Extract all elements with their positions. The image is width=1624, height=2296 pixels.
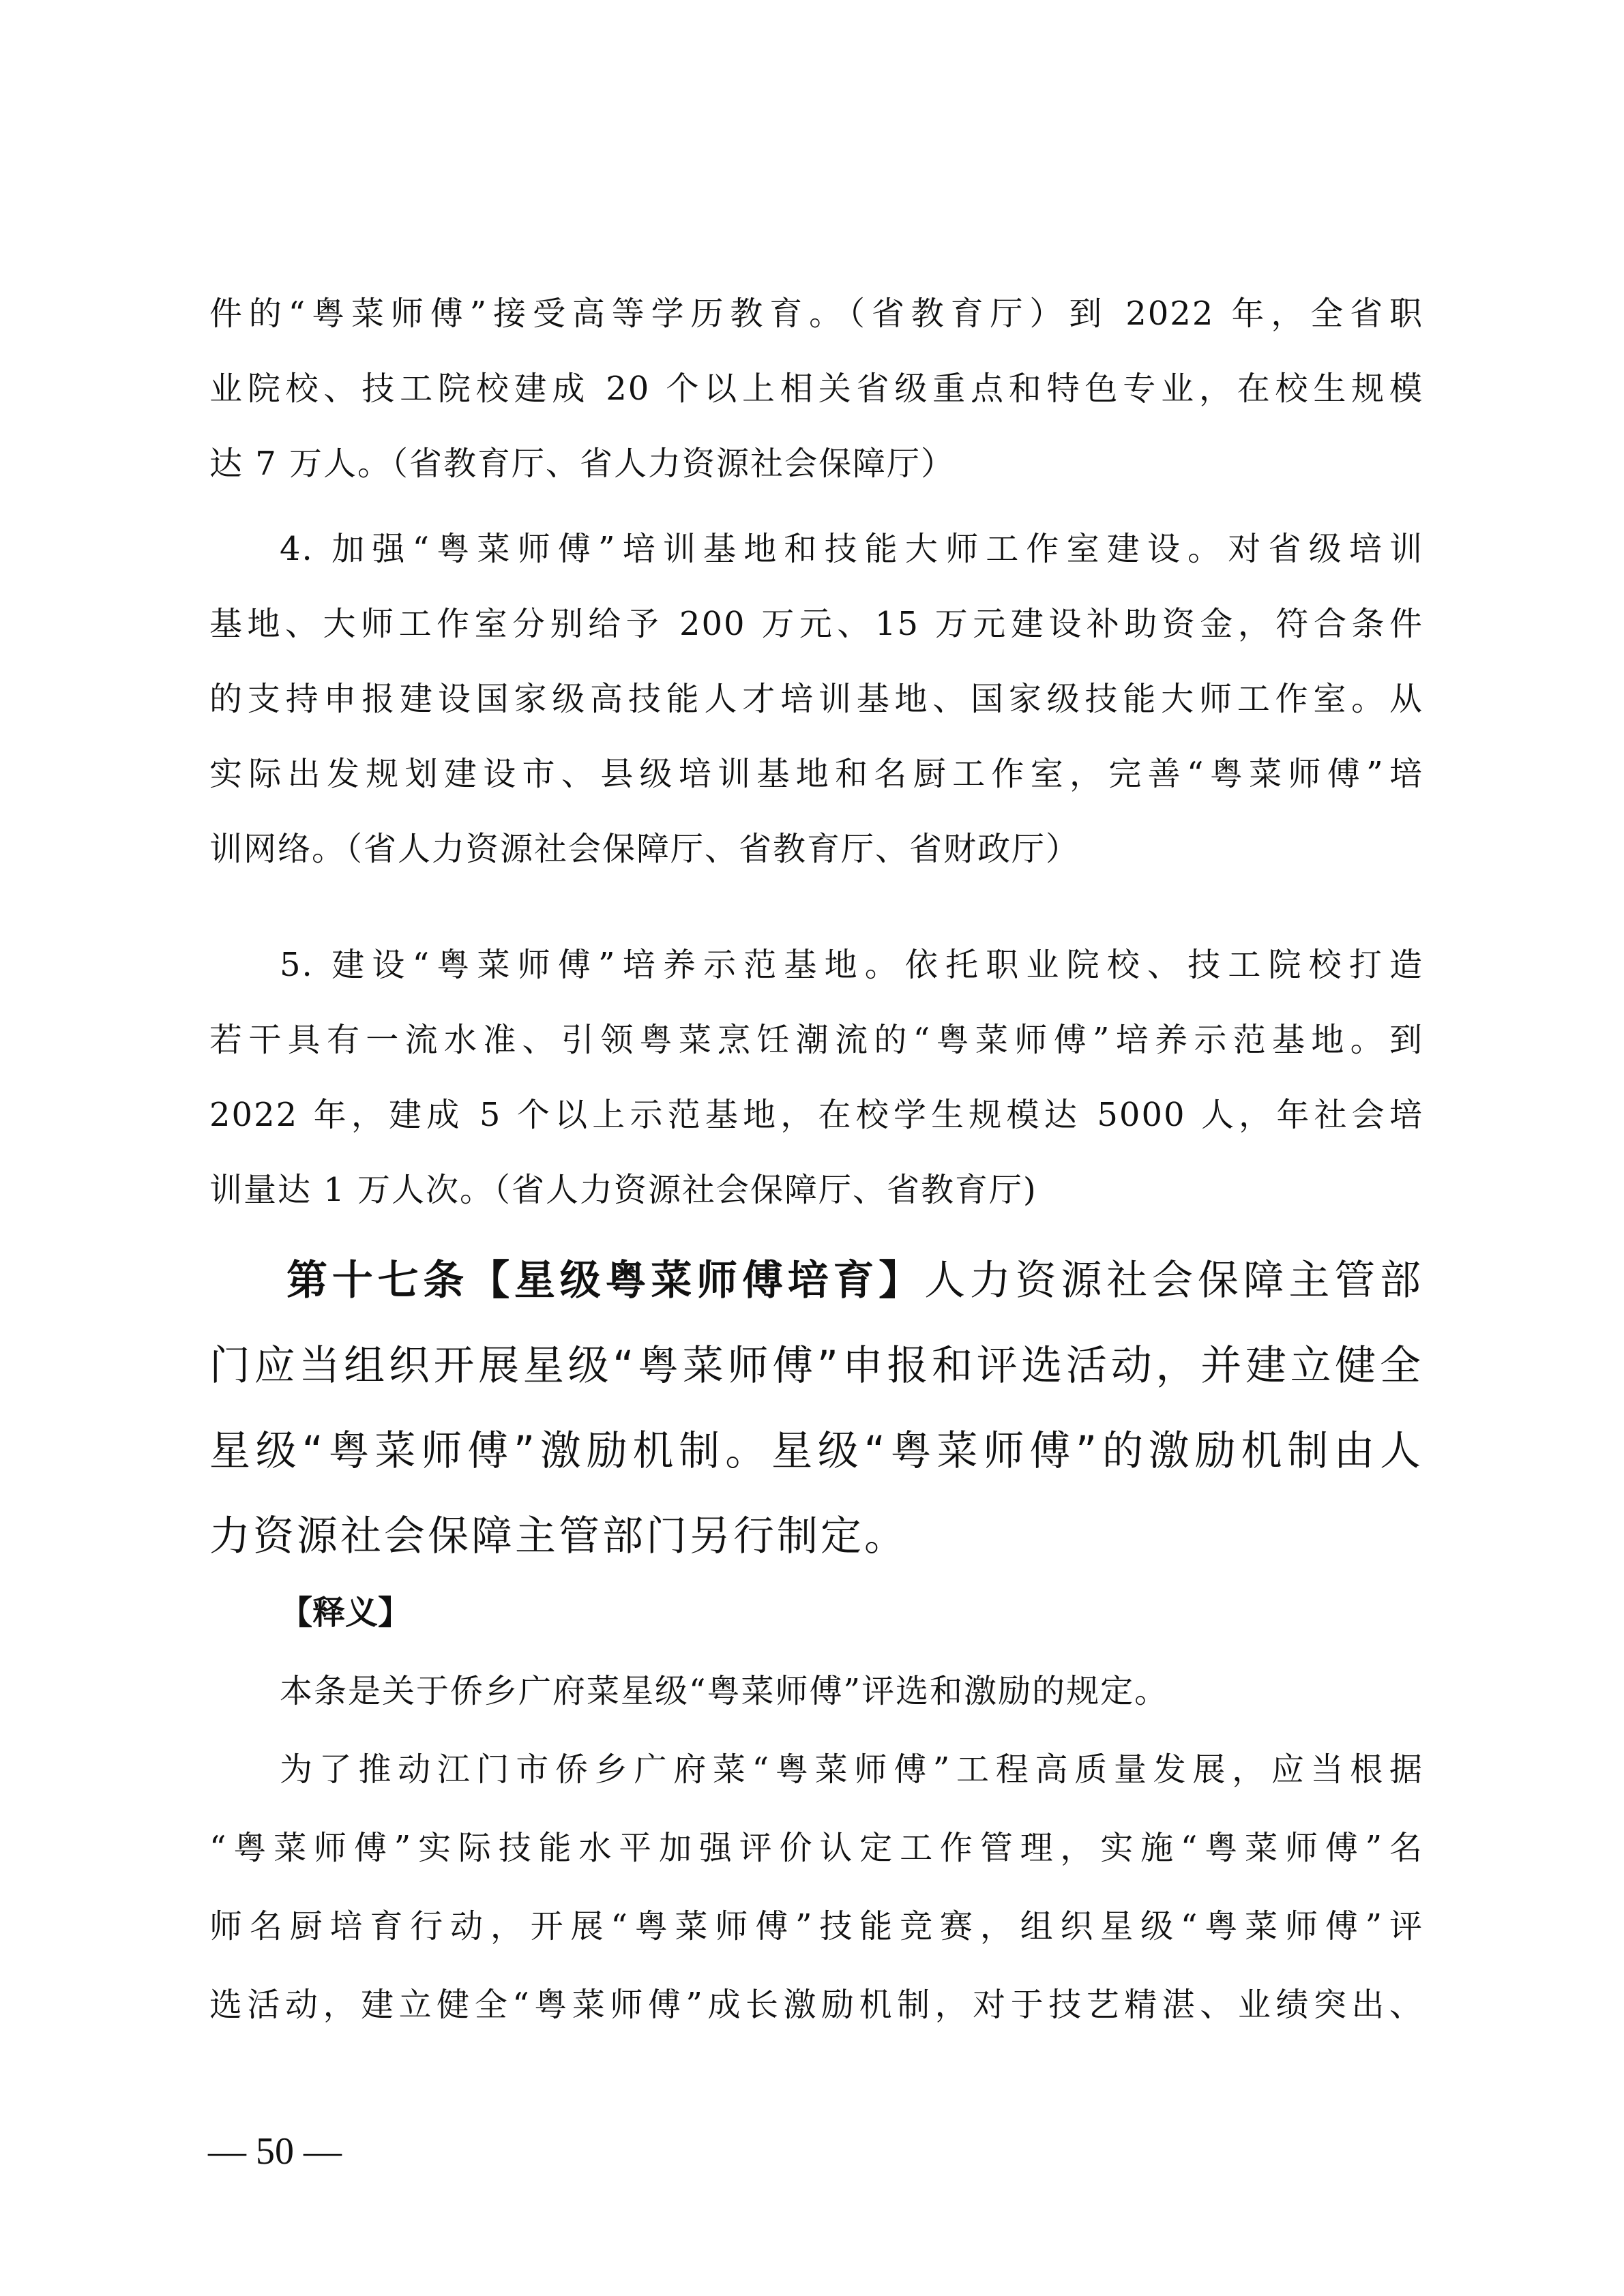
text-line: 业院校、技工院校建成 20 个以上相关省级重点和特色专业，在校生规模 — [209, 368, 1423, 409]
text-line: 若干具有一流水准、引领粤菜烹饪潮流的“粤菜师傅”培养示范基地。到 — [209, 1019, 1423, 1060]
page-number: — 50 — — [208, 2128, 342, 2175]
text-line: 的支持申报建设国家级高技能人才培训基地、国家级技能大师工作室。从 — [209, 679, 1423, 719]
interpretation-paragraph: 本条是关于侨乡广府菜星级“粤菜师傅”评选和激励的规定。 — [280, 1671, 1423, 1712]
text-line: “粤菜师傅”实际技能水平加强评价认定工作管理，实施“粤菜师傅”名 — [209, 1828, 1423, 1868]
article-line: 星级“粤菜师傅”激励机制。星级“粤菜师傅”的激励机制由人 — [209, 1425, 1423, 1477]
text-line: 训网络。（省人力资源社会保障厅、省教育厅、省财政厅） — [209, 829, 1423, 869]
document-page: 件的“粤菜师傅”接受高等学历教育。（省教育厅）到 2022 年，全省职 业院校、… — [0, 0, 1624, 2296]
text-line: 件的“粤菜师傅”接受高等学历教育。（省教育厅）到 2022 年，全省职 — [209, 293, 1423, 334]
article-line: 力资源社会保障主管部门另行制定。 — [209, 1510, 1423, 1562]
article-17-first-line: 第十七条【星级粤菜师傅培育】人力资源社会保障主管部 — [286, 1255, 1423, 1307]
text-line: 2022 年，建成 5 个以上示范基地，在校学生规模达 5000 人，年社会培 — [209, 1094, 1423, 1135]
list-item-5-line: 5. 建设“粤菜师傅”培养示范基地。依托职业院校、技工院校打造 — [280, 944, 1423, 985]
text-line: 师名厨培育行动，开展“粤菜师傅”技能竞赛，组织星级“粤菜师傅”评 — [209, 1906, 1423, 1947]
interpretation-heading: 【释义】 — [280, 1592, 411, 1633]
text-line: 基地、大师工作室分别给予 200 万元、15 万元建设补助资金，符合条件 — [209, 603, 1423, 644]
text-line: 选活动，建立健全“粤菜师傅”成长激励机制，对于技艺精湛、业绩突出、 — [209, 1984, 1423, 2025]
text-line: 训量达 1 万人次。（省人力资源社会保障厅、省教育厅) — [209, 1169, 1423, 1210]
text-line: 实际出发规划建设市、县级培训基地和名厨工作室，完善“粤菜师傅”培 — [209, 754, 1423, 794]
text-line: 达 7 万人。（省教育厅、省人力资源社会保障厅） — [209, 443, 1423, 484]
text-line: 为了推动江门市侨乡广府菜“粤菜师傅”工程高质量发展，应当根据 — [280, 1749, 1423, 1790]
article-title: 第十七条【星级粤菜师傅培育】 — [286, 1257, 924, 1304]
article-line: 门应当组织开展星级“粤菜师傅”申报和评选活动，并建立健全 — [209, 1340, 1423, 1392]
list-item-4-line: 4. 加强“粤菜师傅”培训基地和技能大师工作室建设。对省级培训 — [280, 528, 1423, 569]
article-text: 人力资源社会保障主管部 — [924, 1257, 1423, 1304]
